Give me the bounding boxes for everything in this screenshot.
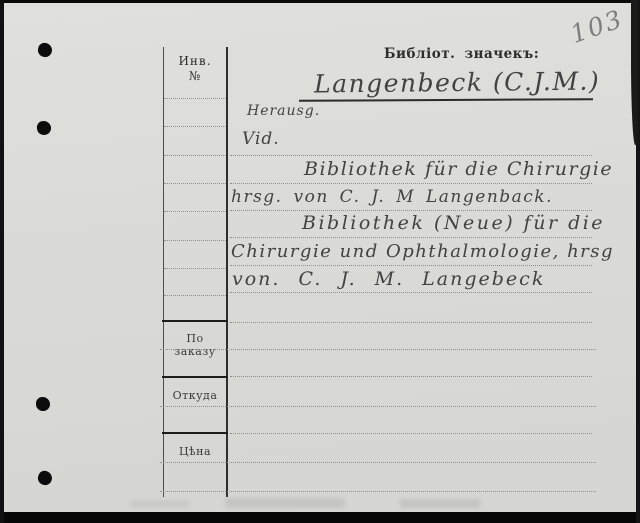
entry-line: hrsg. von C. J. M Langenback. — [231, 187, 553, 207]
ruled-line — [160, 349, 596, 350]
order-label: По заказу — [164, 332, 226, 358]
ruled-line — [164, 295, 226, 296]
entry-heading: Langenbeck (C.J.M.) — [314, 67, 600, 99]
entry-line: Bibliothek (Neue) für die — [302, 212, 605, 234]
punch-hole — [36, 397, 50, 411]
ruled-line — [230, 155, 592, 156]
scan-smudge — [130, 500, 190, 508]
ruled-line — [164, 126, 226, 127]
ruled-line — [164, 268, 226, 269]
catalog-card-scan: 103 Инв. № По заказу Откуда Цѣна Библіот… — [0, 0, 640, 523]
ruled-line — [230, 292, 592, 293]
column-rule-left — [163, 47, 164, 497]
heading-underline — [299, 98, 593, 102]
ruled-line — [160, 491, 596, 492]
section-divider — [162, 376, 228, 378]
scan-edge-bottom — [0, 512, 640, 523]
scan-smudge — [225, 498, 345, 508]
ruled-line — [164, 183, 226, 184]
herausg-note: Herausg. — [247, 103, 320, 119]
scan-edge-top — [0, 0, 640, 3]
ruled-line — [230, 183, 592, 184]
ruled-line — [164, 211, 226, 212]
section-divider — [162, 432, 228, 434]
scan-edge-right-wedge — [631, 0, 638, 145]
ruled-line — [230, 433, 592, 434]
page-number: 103 — [567, 4, 627, 49]
inventory-number-label: Инв. № — [164, 54, 226, 84]
punch-hole — [36, 120, 52, 136]
inventory-label-line1: Инв. — [164, 54, 226, 69]
ruled-line — [160, 462, 596, 463]
ruled-line — [164, 155, 226, 156]
entry-line: Bibliothek für die Chirurgie — [304, 158, 613, 180]
inventory-label-line2: № — [164, 69, 226, 84]
ruled-line — [230, 265, 592, 266]
ruled-line — [160, 406, 596, 407]
ruled-line — [230, 237, 592, 238]
scan-edge-left — [0, 0, 4, 523]
entry-line: von. C. J. M. Langebeck — [232, 268, 545, 290]
punch-hole — [36, 469, 54, 487]
ruled-line — [230, 376, 592, 377]
origin-label: Откуда — [164, 389, 226, 402]
ruled-line — [164, 240, 226, 241]
entry-line: Chirurgie und Ophthalmologie, hrsg — [231, 241, 614, 262]
section-divider — [162, 320, 228, 322]
ruled-line — [230, 322, 592, 323]
column-rule-right — [226, 47, 228, 497]
scan-smudge — [400, 499, 480, 508]
price-label: Цѣна — [164, 445, 226, 458]
ruled-line — [164, 98, 226, 99]
punch-hole — [37, 42, 54, 59]
vid-note: Vid. — [242, 129, 280, 149]
ruled-line — [230, 210, 592, 211]
library-stamp-label: Библіот. значекъ: — [384, 46, 539, 62]
